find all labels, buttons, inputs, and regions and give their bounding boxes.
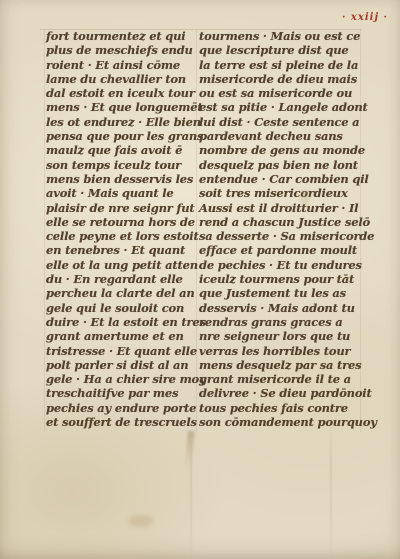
text-line: ou est sa misericorde ou <box>199 86 359 100</box>
text-line: percheu la clarte del an <box>46 286 196 300</box>
text-line: nre seigneur lors que tu <box>199 329 359 343</box>
text-line: delivree · Se dieu pardōnoit <box>199 386 359 400</box>
text-column-right: tourmens · Mais ou est ceque lescripture… <box>199 29 359 429</box>
text-line: polt parler si dist al an <box>46 358 196 372</box>
text-line: roient · Et ainsi cōme <box>46 58 196 72</box>
folio-number: · xxiij · <box>341 12 389 23</box>
text-line: rendras grans graces a <box>199 315 359 329</box>
text-line: duire · Et la estoit en tres <box>46 315 196 329</box>
ruling-line-left-margin <box>44 29 45 432</box>
text-line: maulz que fais avoit ē <box>46 143 196 157</box>
text-line: rend a chascun Justice selō <box>199 215 359 229</box>
manuscript-page: · xxiij · fort tourmentez et quiplus de … <box>0 0 400 559</box>
text-line: Aussi est il droitturier · Il <box>199 201 359 215</box>
text-line: efface et pardonne moult <box>199 243 359 257</box>
text-line: tristresse · Et quant elle <box>46 344 196 358</box>
text-line: grant misericorde il te a <box>199 372 359 386</box>
text-line: et souffert de trescruels <box>46 415 196 429</box>
text-line: les ot endurez · Elle bien <box>46 115 196 129</box>
text-line: misericorde de dieu mais <box>199 72 359 86</box>
text-line: que Justement tu les as <box>199 286 359 300</box>
text-line: son temps iceulz tour <box>46 158 196 172</box>
text-line: treschaitifve par mes <box>46 386 196 400</box>
text-line: nombre de gens au monde <box>199 143 359 157</box>
text-line: fort tourmentez et qui <box>46 29 196 43</box>
text-line: son cōmandement pourquoy <box>199 415 359 429</box>
text-line: gele · Ha a chier sire moy <box>46 372 196 386</box>
parchment-stain <box>128 515 154 527</box>
text-line: dal estoit en iceulx tour <box>46 86 196 100</box>
text-line: desquelz pas bien ne lont <box>199 158 359 172</box>
text-line: elle se retourna hors de <box>46 215 196 229</box>
parchment-crease <box>330 420 332 559</box>
text-line: la terre est si pleine de la <box>199 58 359 72</box>
text-line: en tenebres · Et quant <box>46 243 196 257</box>
text-line: est sa pitie · Langele adont <box>199 100 359 114</box>
text-line: sa desserte · Sa misericorde <box>199 229 359 243</box>
text-line: celle peyne et lors estoit <box>46 229 196 243</box>
text-line: de pechies · Et tu endures <box>199 258 359 272</box>
text-line: mens · Et que longuemēt <box>46 100 196 114</box>
text-line: lame du chevallier ton <box>46 72 196 86</box>
text-line: plaisir de nre seignr fut <box>46 201 196 215</box>
text-line: gele qui le souloit con <box>46 301 196 315</box>
text-line: iceulz tourmens pour tāt <box>199 272 359 286</box>
text-line: tourmens · Mais ou est ce <box>199 29 359 43</box>
text-column-left: fort tourmentez et quiplus de meschiefs … <box>46 29 196 429</box>
text-line: pechies ay endure porte <box>46 401 196 415</box>
parchment-crease <box>190 430 192 559</box>
text-line: que lescripture dist que <box>199 43 359 57</box>
text-line: grant amertume et en <box>46 329 196 343</box>
text-line: desservis · Mais adont tu <box>199 301 359 315</box>
ink-smudge <box>184 431 194 471</box>
text-line: tous pechies fais contre <box>199 401 359 415</box>
text-line: lui dist · Ceste sentence a <box>199 115 359 129</box>
text-line: plus de meschiefs endu <box>46 43 196 57</box>
text-line: verras les horribles tour <box>199 344 359 358</box>
text-line: avoit · Mais quant le <box>46 186 196 200</box>
text-line: soit tres misericordieux <box>199 186 359 200</box>
text-line: pensa que pour les grans <box>46 129 196 143</box>
text-line: pardevant decheu sans <box>199 129 359 143</box>
text-line: entendue · Car combien qil <box>199 172 359 186</box>
text-line: mens bien desservis les <box>46 172 196 186</box>
text-line: elle ot la ung petit atten <box>46 258 196 272</box>
text-line: mens desquelz par sa tres <box>199 358 359 372</box>
text-line: du · En regardant elle <box>46 272 196 286</box>
